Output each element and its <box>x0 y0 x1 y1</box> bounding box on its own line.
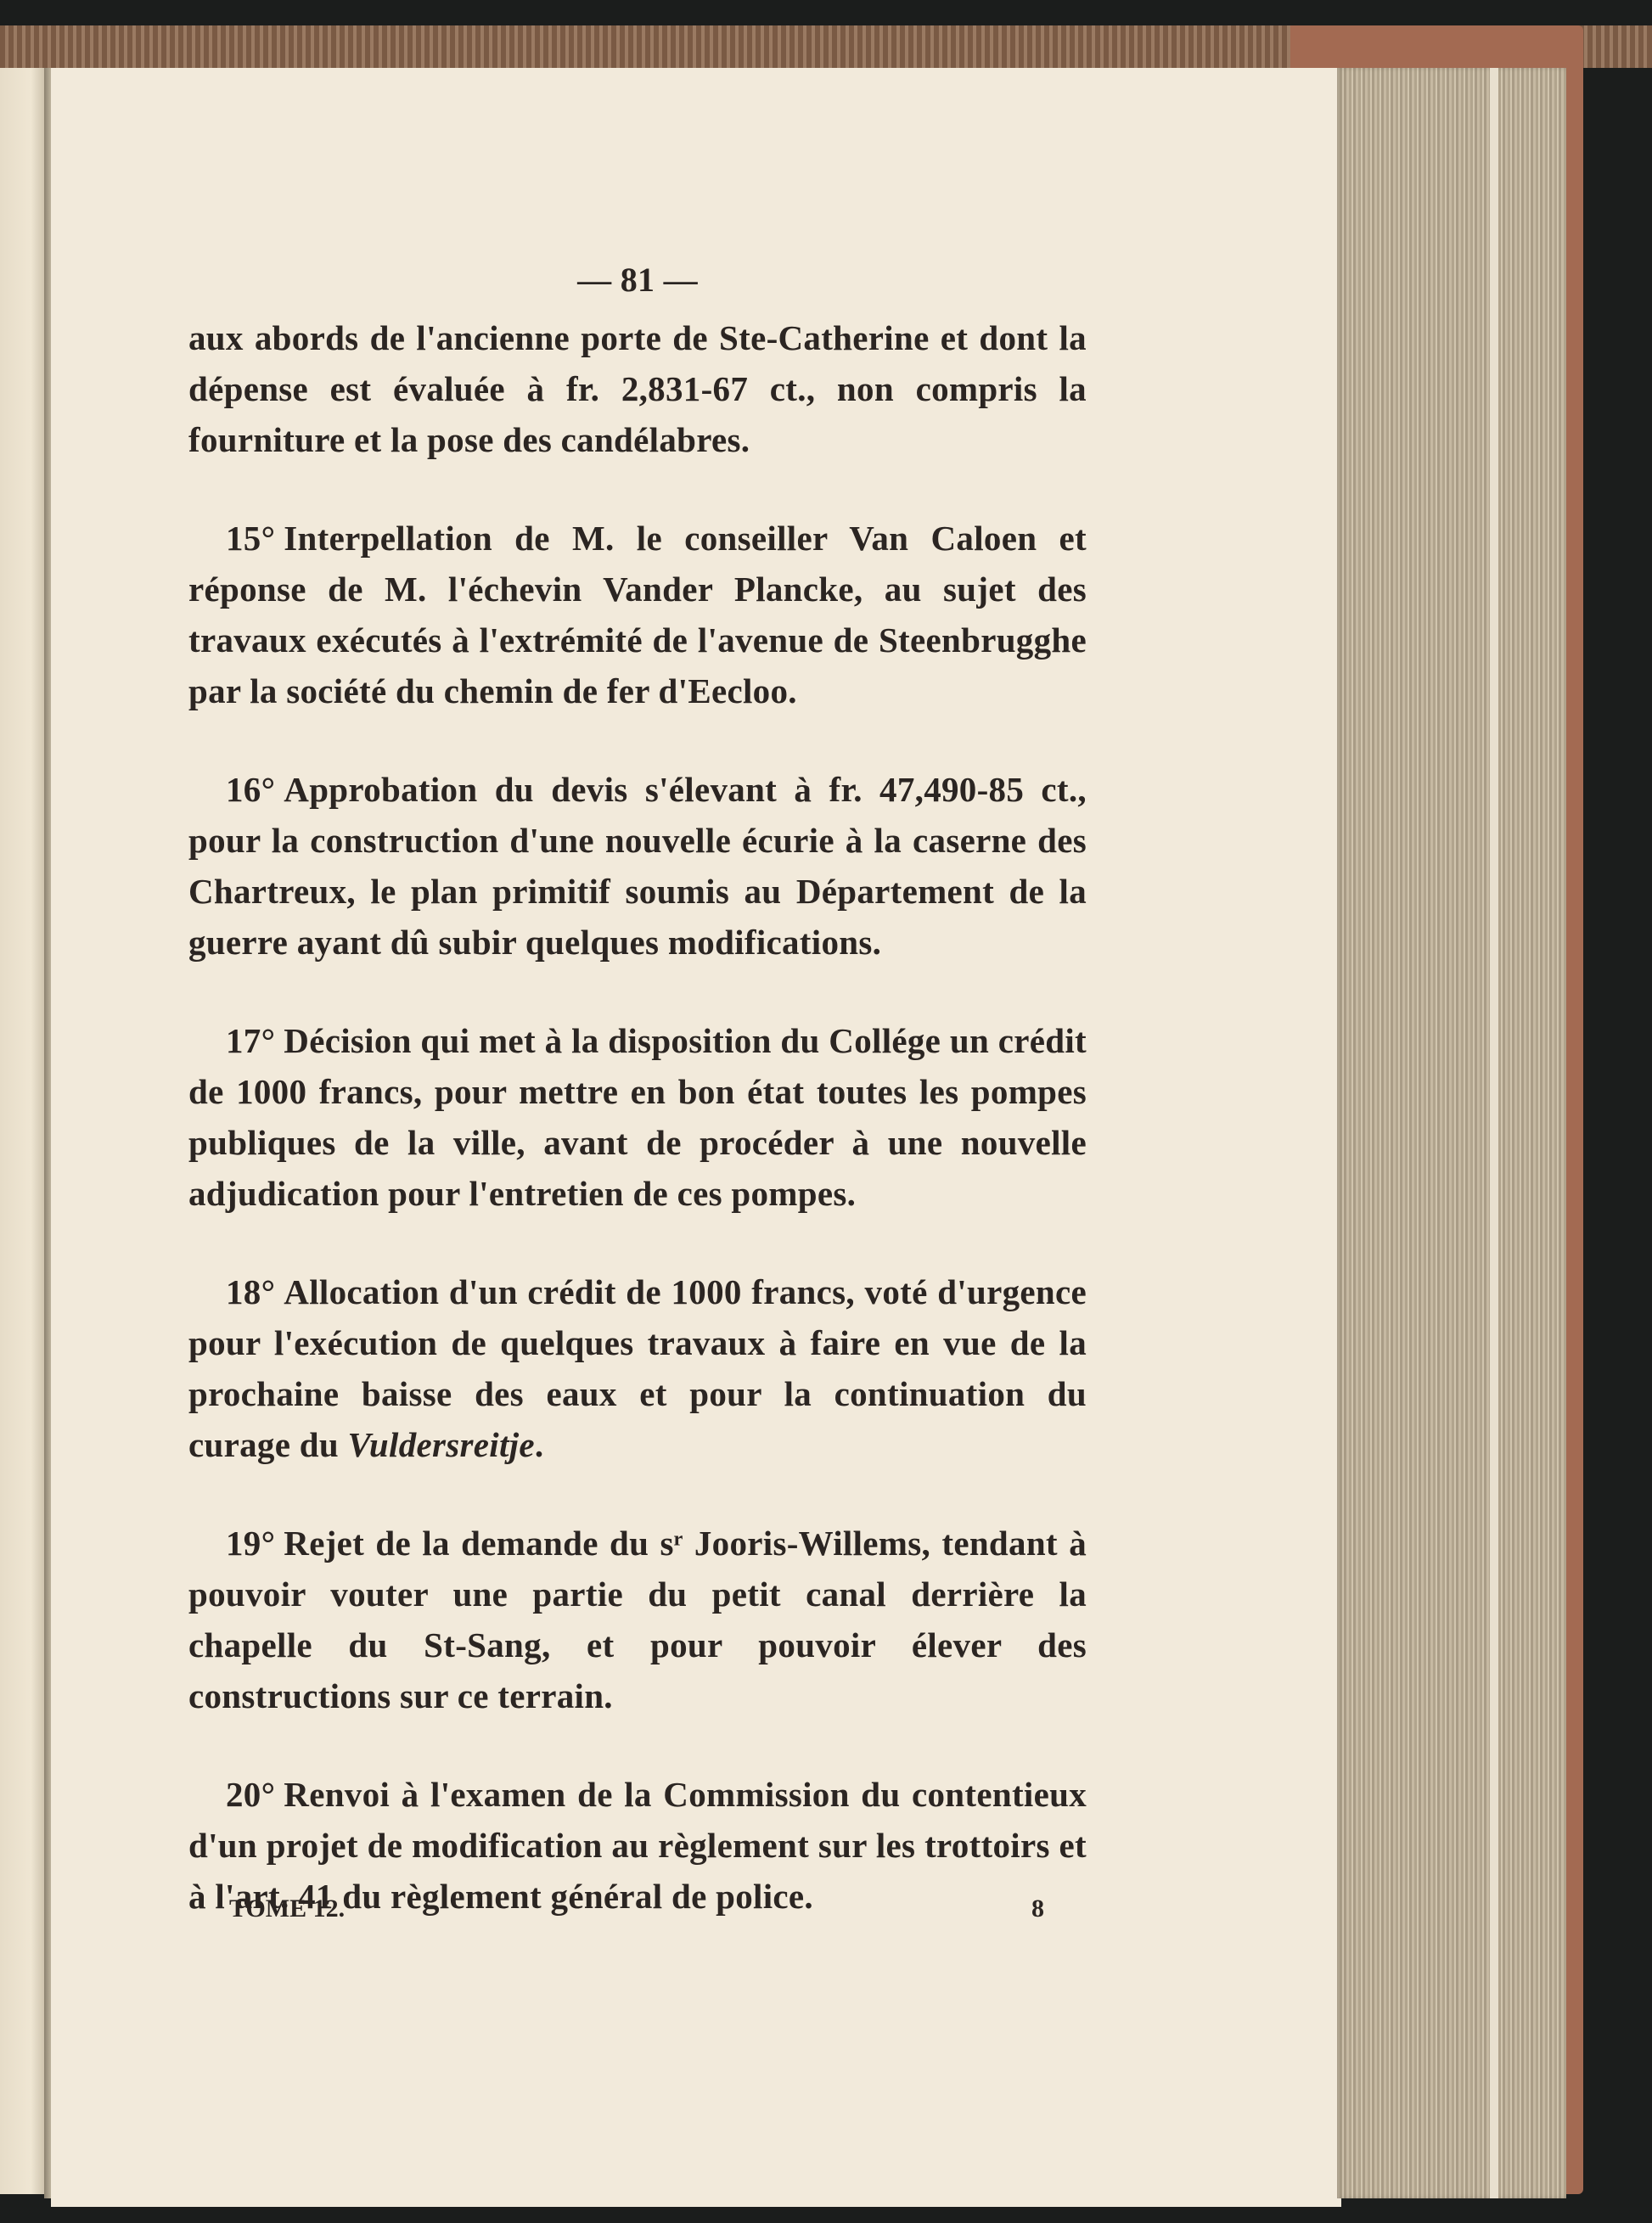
item-number: 19° <box>226 1518 275 1569</box>
item-text: Allocation d'un crédit de 1000 francs, v… <box>188 1272 1087 1464</box>
facing-page-edge <box>0 68 44 2194</box>
item-text: Rejet de la demande du sʳ Jooris-Willems… <box>188 1524 1087 1715</box>
agenda-item-19: 19°Rejet de la demande du sʳ Jooris-Will… <box>188 1518 1087 1721</box>
item-number: 16° <box>226 764 275 815</box>
item-number: 17° <box>226 1015 275 1066</box>
agenda-item-16: 16°Approbation du devis s'élevant à fr. … <box>188 764 1087 968</box>
item-text: Approbation du devis s'élevant à fr. 47,… <box>188 770 1087 962</box>
agenda-item-15: 15°Interpellation de M. le conseiller Va… <box>188 513 1087 716</box>
item-number: 15° <box>226 513 275 564</box>
signature-mark: 8 <box>1031 1895 1044 1923</box>
page-footer: TOME 12. 8 <box>229 1895 1044 1923</box>
item-text: Interpellation de M. le conseiller Van C… <box>188 519 1087 710</box>
item-number: 18° <box>226 1266 275 1317</box>
item-punct: . <box>535 1425 544 1464</box>
item-italic-term: Vuldersreitje <box>348 1425 535 1464</box>
agenda-item-17: 17°Décision qui met à la disposition du … <box>188 1015 1087 1219</box>
page-text: — 81 — aux abords de l'ancienne porte de… <box>188 255 1087 1969</box>
page-stack-fore-edge <box>1337 68 1566 2198</box>
item-number: 20° <box>226 1769 275 1820</box>
page-number: — 81 — <box>188 255 1087 306</box>
continuation-paragraph: aux abords de l'ancienne porte de Ste-Ca… <box>188 312 1087 465</box>
item-text: Décision qui met à la disposition du Col… <box>188 1021 1087 1213</box>
agenda-item-18: 18°Allocation d'un crédit de 1000 francs… <box>188 1266 1087 1470</box>
volume-label: TOME 12. <box>229 1895 345 1923</box>
